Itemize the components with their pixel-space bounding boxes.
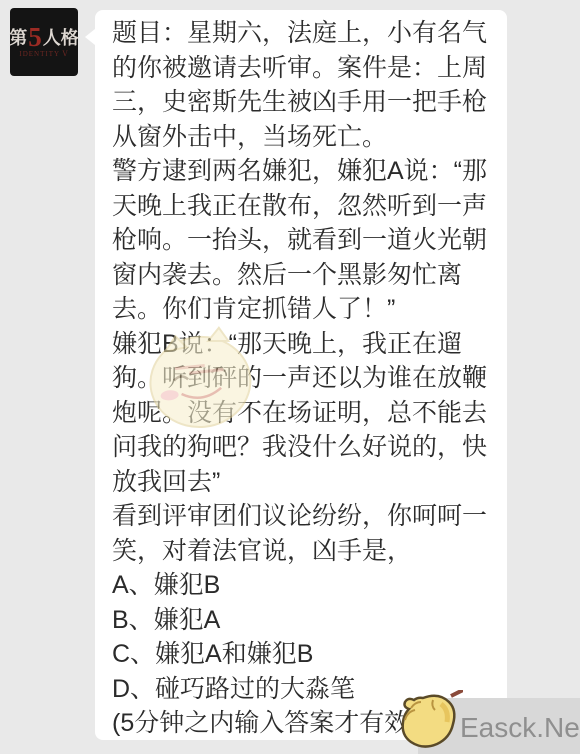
chat-screen: 第5人格 IDENTITY Ⅴ 题目：星期六，法庭上，小有名气的你被邀请去听审。… — [0, 0, 580, 754]
message-line: C、嫌犯A和嫌犯B — [112, 637, 493, 672]
message-line: 题目：星期六，法庭上，小有名气 — [112, 16, 493, 51]
message-line: 去。你们肯定抓错人了！” — [112, 292, 493, 327]
message-line: 的你被邀请去听审。案件是：上周 — [112, 51, 493, 86]
message-line: 狗。听到砰的一声还以为谁在放鞭 — [112, 361, 493, 396]
message-line: 从窗外击中，当场死亡。 — [112, 120, 493, 155]
message-line: 炮呢。没有不在场证明，总不能去 — [112, 396, 493, 431]
avatar-title-suffix: 人格 — [43, 28, 79, 48]
message-line: 枪响。一抬头，就看到一道火光朝 — [112, 223, 493, 258]
message-line: A、嫌犯B — [112, 568, 493, 603]
watermark-site-label: Easck.Net — [460, 705, 580, 751]
message-line: 三，史密斯先生被凶手用一把手枪 — [112, 85, 493, 120]
watermark-badge: Easck.Net — [418, 698, 580, 754]
avatar-title-prefix: 第 — [9, 28, 27, 48]
message-line: 笑，对着法官说，凶手是， — [112, 534, 493, 569]
avatar[interactable]: 第5人格 IDENTITY Ⅴ — [10, 8, 78, 76]
avatar-subtitle: IDENTITY Ⅴ — [19, 50, 68, 58]
identity-v-logo: 第5人格 — [9, 26, 79, 49]
message-line: 天晚上我正在散布，忽然听到一声 — [112, 189, 493, 224]
message-line: 嫌犯B说：“那天晚上，我正在遛 — [112, 327, 493, 362]
message-bubble: 题目：星期六，法庭上，小有名气的你被邀请去听审。案件是：上周三，史密斯先生被凶手… — [95, 10, 507, 740]
message-line: 看到评审团们议论纷纷，你呵呵一 — [112, 499, 493, 534]
message-line: 放我回去” — [112, 465, 493, 500]
message-line: 警方逮到两名嫌犯，嫌犯A说：“那 — [112, 154, 493, 189]
message-text: 题目：星期六，法庭上，小有名气的你被邀请去听审。案件是：上周三，史密斯先生被凶手… — [112, 16, 493, 741]
bubble-tail-icon — [85, 29, 95, 45]
message-line: B、嫌犯A — [112, 603, 493, 638]
avatar-title-number: 5 — [27, 22, 43, 52]
message-line: 窗内袭去。然后一个黑影匆忙离 — [112, 258, 493, 293]
message-line: 问我的狗吧？我没什么好说的，快 — [112, 430, 493, 465]
